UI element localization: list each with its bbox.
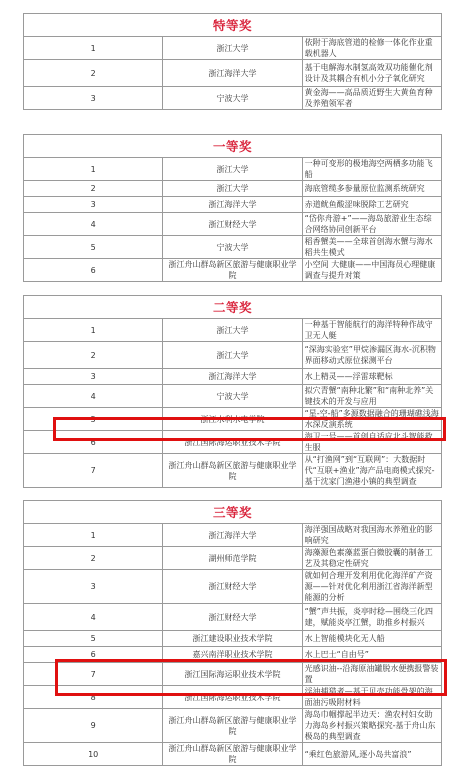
school-name: 浙江国际海运职业技术学院	[163, 686, 302, 709]
row-number: 1	[24, 158, 163, 181]
project-title: 就如何合理开发利用优化海洋矿产资源——针对优化利用浙江省海洋新型能源的分析	[302, 570, 441, 604]
project-title: 稻香蟹美——全球首创海水蟹与海水稻共生模式	[302, 236, 441, 259]
table-row: 1 浙江海洋大学 海洋强国战略对我国海水养殖业的影响研究	[24, 524, 442, 547]
table-row: 7 浙江国际海运职业技术学院 光感识油--沿海原油罐脱水便携报警装置	[24, 663, 442, 686]
school-name: 宁波大学	[163, 87, 302, 110]
school-name: 宁波大学	[163, 385, 302, 408]
table-row: 6 浙江舟山群岛新区旅游与健康职业学院 小空间 大健康——中国海员心理健康调查与…	[24, 259, 442, 282]
project-title: 海岛巾帼撑起半边天：渔农村妇女助力海岛乡村振兴策略探究-基于舟山东极岛的典型调查	[302, 709, 441, 743]
project-title: 黄金海——高品质近野生大黄鱼育种及养殖领军者	[302, 87, 441, 110]
table-row: 1 浙江大学 一种基于智能航行的海洋特种作战守卫无人艇	[24, 319, 442, 342]
school-name: 浙江海洋大学	[163, 524, 302, 547]
table-row: 5 浙江水利水电学院 “星-空-船”多源数据融合的珊瑚礁浅海水深反演系统	[24, 408, 442, 431]
row-number: 9	[24, 709, 163, 743]
table-row: 1 浙江大学 依附于海底管道的检修一体化作业重载机器人	[24, 37, 442, 60]
school-name: 浙江大学	[163, 37, 302, 60]
row-number: 1	[24, 319, 163, 342]
table-row: 7 浙江舟山群岛新区旅游与健康职业学院 从“打渔网”到“互联网”：大数据时代“互…	[24, 454, 442, 488]
table-row: 3 浙江财经大学 就如何合理开发利用优化海洋矿产资源——针对优化利用浙江省海洋新…	[24, 570, 442, 604]
row-number: 6	[24, 647, 163, 663]
row-number: 7	[24, 663, 163, 686]
table-row: 2 湖州师范学院 海藻源色素藻蓝蛋白微胶囊的制备工艺及其稳定性研究	[24, 547, 442, 570]
row-number: 1	[24, 524, 163, 547]
row-number: 4	[24, 385, 163, 408]
school-name: 浙江国际海运职业技术学院	[163, 663, 302, 686]
school-name: 嘉兴南洋职业技术学院	[163, 647, 302, 663]
project-title: “星-空-船”多源数据融合的珊瑚礁浅海水深反演系统	[302, 408, 441, 431]
award-table-special: 特等奖 1 浙江大学 依附于海底管道的检修一体化作业重载机器人 2 浙江海洋大学…	[23, 13, 442, 110]
project-title: 光感识油--沿海原油罐脱水便携报警装置	[302, 663, 441, 686]
table-title: 二等奖	[24, 296, 442, 319]
row-number: 2	[24, 547, 163, 570]
row-number: 3	[24, 369, 163, 385]
table-title: 三等奖	[24, 501, 442, 524]
table-row: 8 浙江国际海运职业技术学院 浮油捕猎者—基于贝壳功能骨架的海面油污吸附材料	[24, 686, 442, 709]
project-title: “岱你舟游+”——海岛旅游业生态综合网络协同创新平台	[302, 213, 441, 236]
school-name: 湖州师范学院	[163, 547, 302, 570]
table-row: 4 浙江财经大学 “蟹”声共振，炎亭时稔—围绕三化四建，赋能炎亭江蟹，助推乡村振…	[24, 604, 442, 631]
project-title: 从“打渔网”到“互联网”：大数据时代“互联+渔业”海产品电商模式探究-基于沈家门…	[302, 454, 441, 488]
project-title: 水上巴士“自由号”	[302, 647, 441, 663]
row-number: 5	[24, 236, 163, 259]
table-row: 2 浙江大学 “深海实验室”甲烷渗漏区海水-沉积物界面移动式原位探测平台	[24, 342, 442, 369]
row-number: 5	[24, 408, 163, 431]
table-row: 9 浙江舟山群岛新区旅游与健康职业学院 海岛巾帼撑起半边天：渔农村妇女助力海岛乡…	[24, 709, 442, 743]
row-number: 3	[24, 570, 163, 604]
project-title: 海藻源色素藻蓝蛋白微胶囊的制备工艺及其稳定性研究	[302, 547, 441, 570]
school-name: 浙江舟山群岛新区旅游与健康职业学院	[163, 259, 302, 282]
school-name: 浙江财经大学	[163, 213, 302, 236]
row-number: 6	[24, 259, 163, 282]
project-title: “蟹”声共振，炎亭时稔—围绕三化四建，赋能炎亭江蟹，助推乡村振兴	[302, 604, 441, 631]
project-title: “乘红色旅游风,逐小岛共富浪”	[302, 743, 441, 766]
project-title: 海卫一号——首创自适应北斗智能救生服	[302, 431, 441, 454]
row-number: 3	[24, 87, 163, 110]
row-number: 4	[24, 213, 163, 236]
table-row: 6 浙江国际海运职业技术学院 海卫一号——首创自适应北斗智能救生服	[24, 431, 442, 454]
table-row: 1 浙江大学 一种可变形的极地海空两栖多功能飞船	[24, 158, 442, 181]
row-number: 1	[24, 37, 163, 60]
school-name: 浙江海洋大学	[163, 369, 302, 385]
table-row: 5 宁波大学 稻香蟹美——全球首创海水蟹与海水稻共生模式	[24, 236, 442, 259]
school-name: 浙江水利水电学院	[163, 408, 302, 431]
project-title: 赤道鱿鱼酸涩味脱除工艺研究	[302, 197, 441, 213]
project-title: 海洋强国战略对我国海水养殖业的影响研究	[302, 524, 441, 547]
row-number: 6	[24, 431, 163, 454]
school-name: 浙江大学	[163, 181, 302, 197]
school-name: 浙江建设职业技术学院	[163, 631, 302, 647]
project-title: 一种可变形的极地海空两栖多功能飞船	[302, 158, 441, 181]
award-table-third: 三等奖 1 浙江海洋大学 海洋强国战略对我国海水养殖业的影响研究 2 湖州师范学…	[23, 500, 442, 766]
row-number: 2	[24, 60, 163, 87]
project-title: 水上智能模块化无人船	[302, 631, 441, 647]
row-number: 5	[24, 631, 163, 647]
school-name: 浙江海洋大学	[163, 197, 302, 213]
table-row: 2 浙江海洋大学 基于电解海水制氢高效双功能催化剂设计及其耦合有机小分子氧化研究	[24, 60, 442, 87]
project-title: 小空间 大健康——中国海员心理健康调查与提升对策	[302, 259, 441, 282]
table-row: 3 浙江海洋大学 赤道鱿鱼酸涩味脱除工艺研究	[24, 197, 442, 213]
row-number: 8	[24, 686, 163, 709]
project-title: 基于电解海水制氢高效双功能催化剂设计及其耦合有机小分子氧化研究	[302, 60, 441, 87]
project-title: 依附于海底管道的检修一体化作业重载机器人	[302, 37, 441, 60]
table-row: 4 宁波大学 拟穴青蟹“南种北繁”和“南种北养”关键技术的开发与应用	[24, 385, 442, 408]
table-row: 5 浙江建设职业技术学院 水上智能模块化无人船	[24, 631, 442, 647]
table-title: 一等奖	[24, 135, 442, 158]
school-name: 浙江财经大学	[163, 604, 302, 631]
school-name: 浙江舟山群岛新区旅游与健康职业学院	[163, 454, 302, 488]
school-name: 浙江舟山群岛新区旅游与健康职业学院	[163, 709, 302, 743]
row-number: 4	[24, 604, 163, 631]
award-table-second: 二等奖 1 浙江大学 一种基于智能航行的海洋特种作战守卫无人艇 2 浙江大学 “…	[23, 295, 442, 488]
row-number: 7	[24, 454, 163, 488]
table-row: 2 浙江大学 海底管缆多参量原位监测系统研究	[24, 181, 442, 197]
project-title: “深海实验室”甲烷渗漏区海水-沉积物界面移动式原位探测平台	[302, 342, 441, 369]
table-title: 特等奖	[24, 14, 442, 37]
table-row: 3 宁波大学 黄金海——高品质近野生大黄鱼育种及养殖领军者	[24, 87, 442, 110]
project-title: 拟穴青蟹“南种北繁”和“南种北养”关键技术的开发与应用	[302, 385, 441, 408]
school-name: 浙江国际海运职业技术学院	[163, 431, 302, 454]
school-name: 宁波大学	[163, 236, 302, 259]
school-name: 浙江大学	[163, 342, 302, 369]
row-number: 2	[24, 342, 163, 369]
project-title: 水上精灵——浮雷球靶标	[302, 369, 441, 385]
project-title: 浮油捕猎者—基于贝壳功能骨架的海面油污吸附材料	[302, 686, 441, 709]
school-name: 浙江大学	[163, 158, 302, 181]
row-number: 3	[24, 197, 163, 213]
row-number: 2	[24, 181, 163, 197]
project-title: 一种基于智能航行的海洋特种作战守卫无人艇	[302, 319, 441, 342]
award-table-first: 一等奖 1 浙江大学 一种可变形的极地海空两栖多功能飞船 2 浙江大学 海底管缆…	[23, 134, 442, 282]
school-name: 浙江大学	[163, 319, 302, 342]
school-name: 浙江海洋大学	[163, 60, 302, 87]
project-title: 海底管缆多参量原位监测系统研究	[302, 181, 441, 197]
table-row: 6 嘉兴南洋职业技术学院 水上巴士“自由号”	[24, 647, 442, 663]
table-row: 4 浙江财经大学 “岱你舟游+”——海岛旅游业生态综合网络协同创新平台	[24, 213, 442, 236]
row-number: 10	[24, 743, 163, 766]
school-name: 浙江财经大学	[163, 570, 302, 604]
table-row: 3 浙江海洋大学 水上精灵——浮雷球靶标	[24, 369, 442, 385]
school-name: 浙江舟山群岛新区旅游与健康职业学院	[163, 743, 302, 766]
table-row: 10 浙江舟山群岛新区旅游与健康职业学院 “乘红色旅游风,逐小岛共富浪”	[24, 743, 442, 766]
